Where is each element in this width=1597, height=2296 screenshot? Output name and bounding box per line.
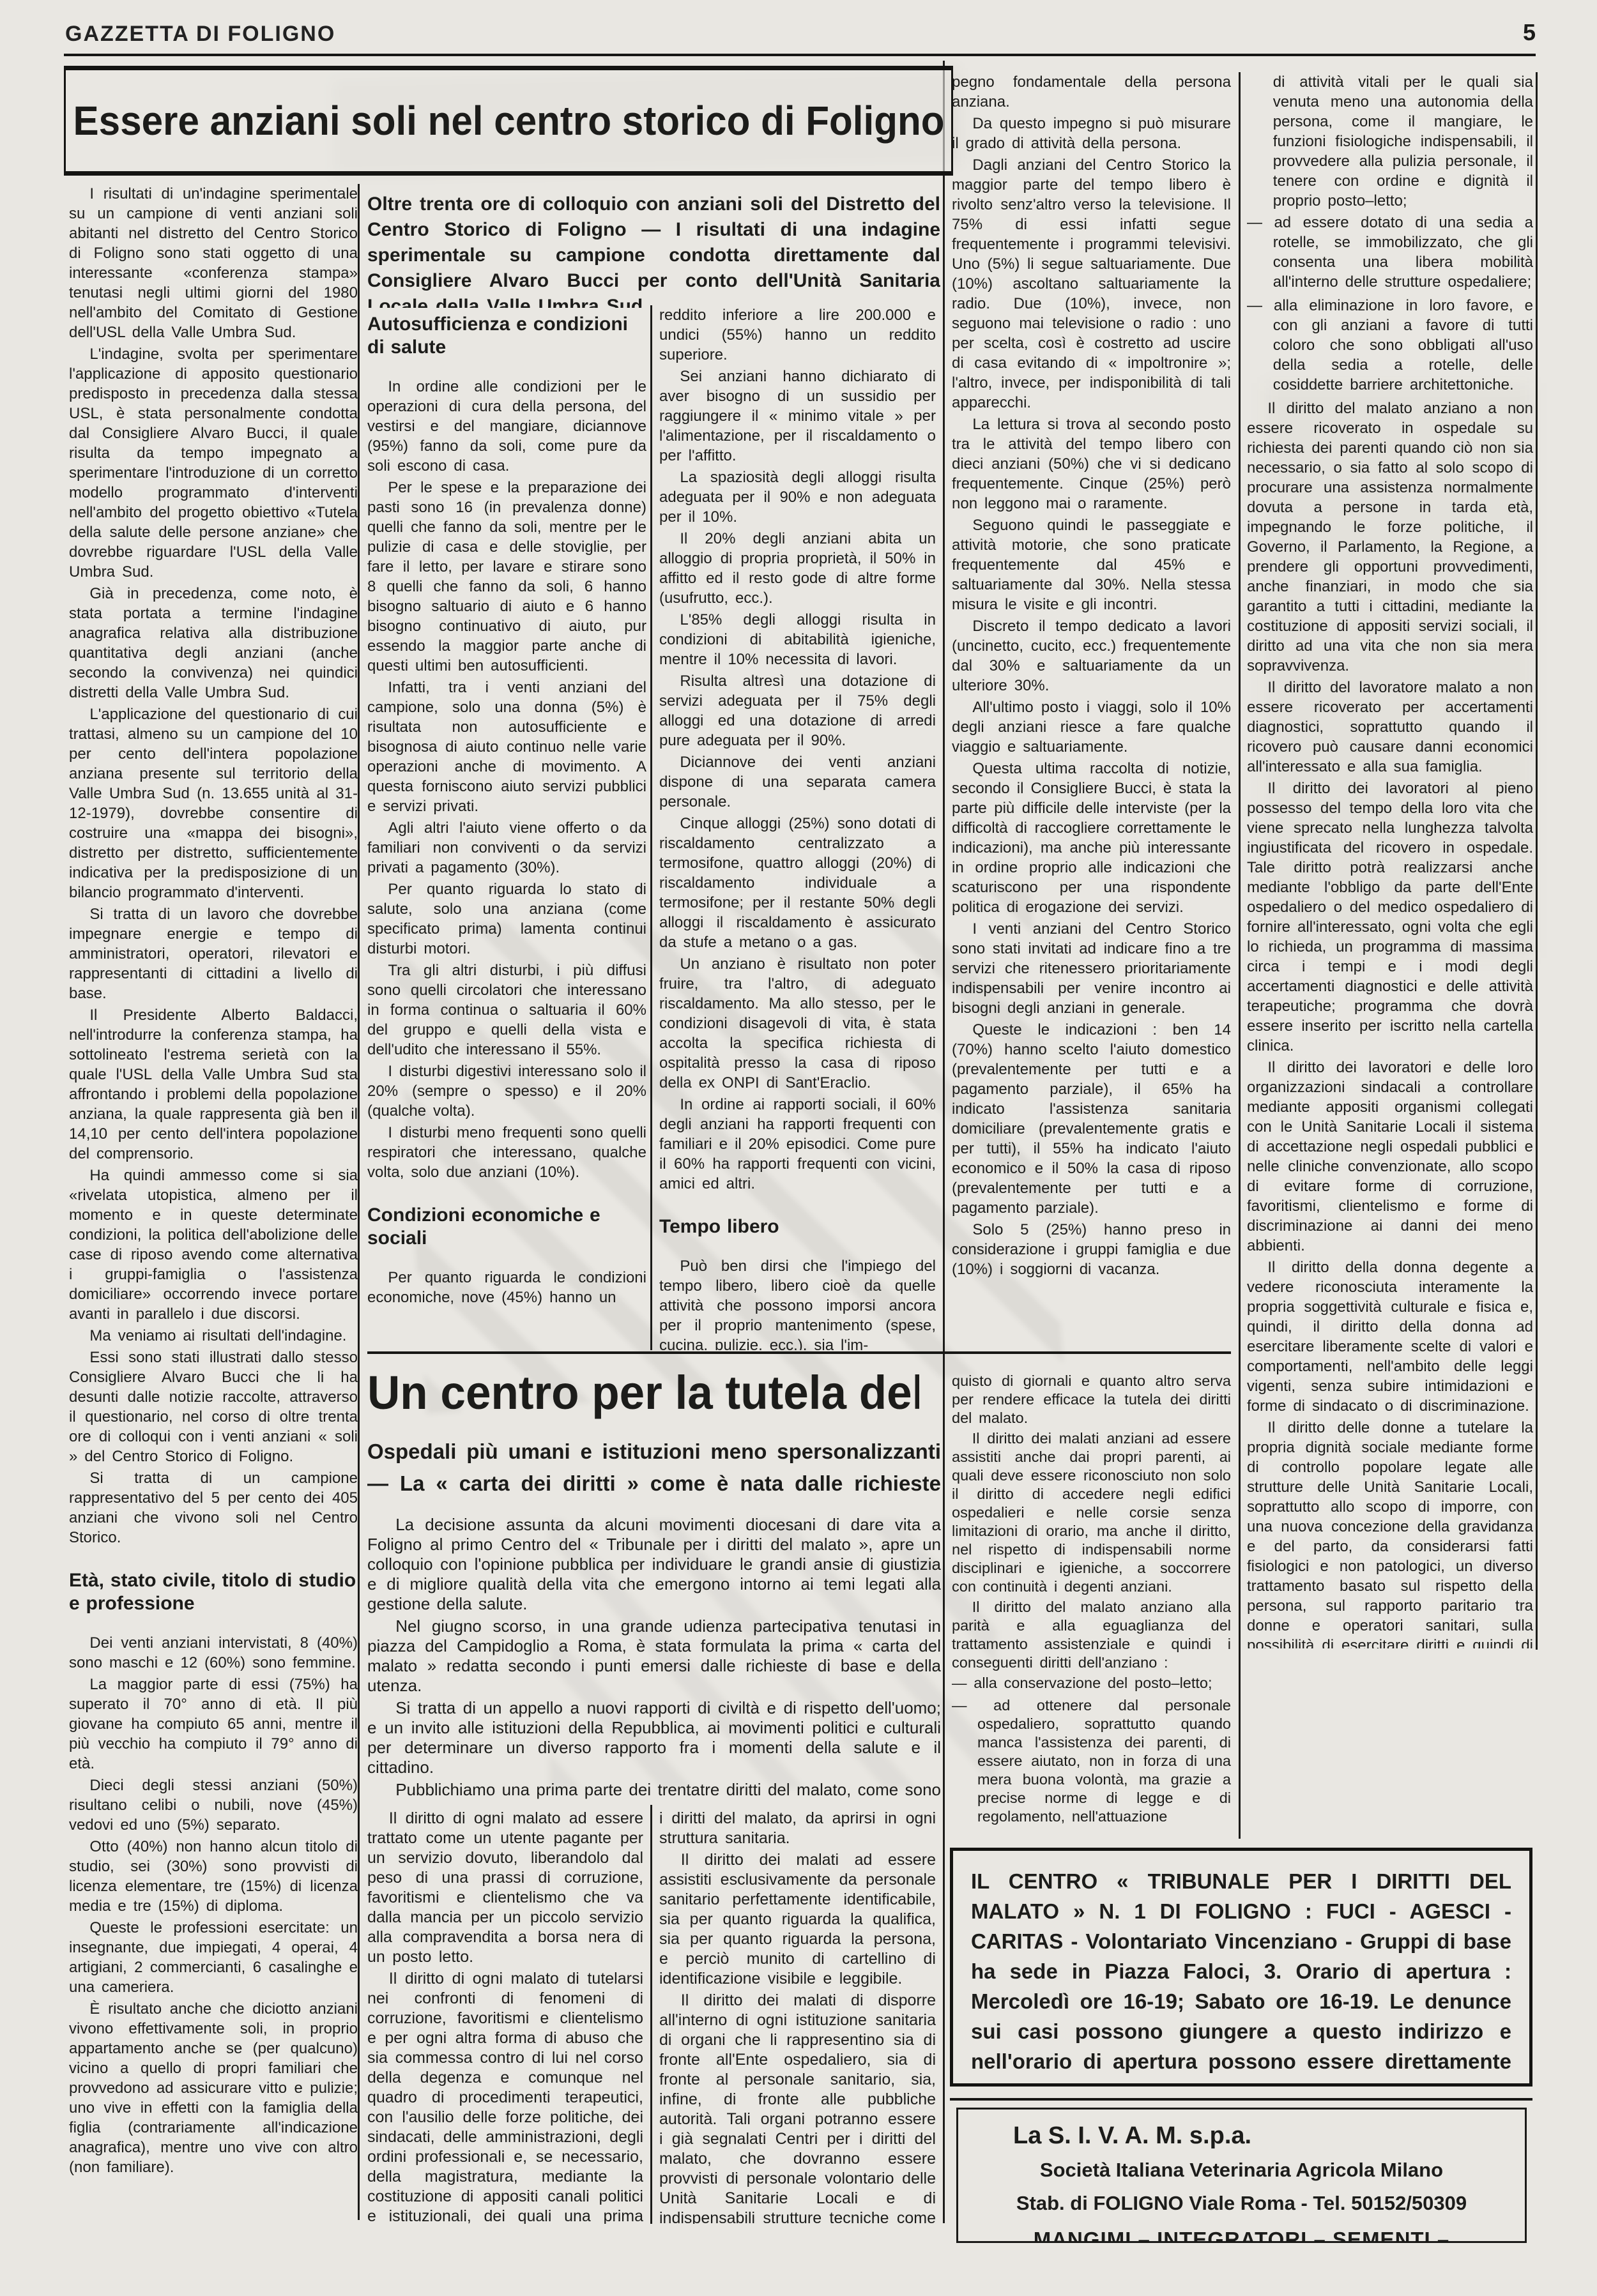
sivam-advertisement: La S. I. V. A. M. s.p.a. Società Italian…	[956, 2108, 1527, 2243]
paragraph: Da questo impegno si può misurare il gra…	[952, 114, 1231, 153]
paragraph: Per quanto riguarda le condizioni econom…	[367, 1268, 646, 1307]
paragraph: Il diritto del lavoratore malato a non e…	[1247, 678, 1533, 777]
paragraph: — alla eliminazione in loro favore, e co…	[1247, 296, 1533, 395]
ad-products-line: MANGIMI – INTEGRATORI – SEMENTI – MEDICI…	[971, 2228, 1512, 2243]
paragraph: Otto (40%) non hanno alcun titolo di stu…	[69, 1837, 358, 1916]
paragraph: Essi sono stati illustrati dallo stesso …	[69, 1348, 358, 1466]
article2-headline: Un centro per la tutela del malato	[367, 1365, 919, 1427]
paragraph: Il diritto dei malati ad essere assistit…	[659, 1850, 936, 1989]
paragraph: Dei venti anziani intervistati, 8 (40%) …	[69, 1633, 358, 1673]
rights-dash-list: — ad essere dotato di una sedia a rotell…	[1247, 213, 1533, 395]
ad-address-pre: Stab. di	[1016, 2192, 1094, 2214]
newspaper-page: GAZZETTA DI FOLIGNO 5 Essere anziani sol…	[0, 0, 1597, 2296]
continuation-fragment: i diritti del malato, da aprirsi in ogni…	[659, 1809, 936, 1848]
paragraph: È risultato anche che diciotto anziani v…	[69, 1999, 358, 2177]
page-edge-rule	[1536, 72, 1538, 1650]
paragraph: Si tratta di un lavoro che dovrebbe impe…	[69, 904, 358, 1003]
paragraph-group: Può ben dirsi che l'impiego del tempo li…	[659, 1256, 936, 1350]
paragraph: — alla conservazione del posto–letto;	[952, 1674, 1231, 1692]
paragraph: Il diritto del malato anziano a non esse…	[1247, 399, 1533, 676]
paragraph-group: Il diritto di ogni malato ad essere trat…	[367, 1809, 643, 2224]
paragraph: Si tratta di un appello a nuovi rapporti…	[367, 1698, 941, 1777]
paragraph: Tra gli altri disturbi, i più diffusi so…	[367, 961, 646, 1060]
paragraph: I disturbi digestivi interessano solo il…	[367, 1061, 646, 1121]
paragraph: Il diritto dei malati anziani ad essere …	[952, 1429, 1231, 1596]
paragraph: Il 20% degli anziani abita un alloggio d…	[659, 529, 936, 608]
article1-lede: Oltre trenta ore di colloquio con anzian…	[367, 192, 940, 308]
article1-column-3: reddito inferiore a lire 200.000 e undic…	[659, 305, 936, 1350]
ad-company-description: Società Italiana Veterinaria Agricola Mi…	[971, 2159, 1512, 2182]
article2-intro: La decisione assunta da alcuni movimenti…	[367, 1515, 941, 1801]
ad-address-city: FOLIGNO	[1093, 2192, 1183, 2214]
paragraph: Il diritto dei lavoratori e delle loro o…	[1247, 1058, 1533, 1256]
page-number: 5	[1523, 19, 1536, 46]
paragraph: Il diritto delle donne a tutelare la pro…	[1247, 1418, 1533, 1648]
paragraph: I risultati di un'indagine sperimentale …	[69, 184, 358, 342]
paragraph: Questa ultima raccolta di notizie, secon…	[952, 759, 1231, 917]
paragraph: Sei anziani hanno dichiarato di aver bis…	[659, 367, 936, 466]
article1-headline: Essere anziani soli nel centro storico d…	[73, 97, 944, 144]
paragraph: Dagli anziani del Centro Storico la magg…	[952, 155, 1231, 413]
paragraph: Seguono quindi le passeggiate e attività…	[952, 515, 1231, 614]
continuation-fragment: di attività vitali per le quali sia venu…	[1247, 72, 1533, 211]
paragraph: Per le spese e la preparazione dei pasti…	[367, 478, 646, 676]
paragraph-group: Il diritto dei malati ad essere assistit…	[659, 1850, 936, 2224]
masthead-rule	[64, 54, 1536, 56]
continuation-fragment: pegno fondamentale della persona anziana…	[952, 72, 1231, 112]
paragraph: La decisione assunta da alcuni movimenti…	[367, 1515, 941, 1614]
paragraph: Discreto il tempo dedicato a lavori (unc…	[952, 616, 1231, 696]
paragraph-group: Da questo impegno si può misurare il gra…	[952, 114, 1231, 1279]
paragraph-group: In ordine alle condizioni per le operazi…	[367, 377, 646, 1182]
subhead-eta-stato-civile: Età, stato civile, titolo di studio e pr…	[69, 1569, 358, 1615]
continuation-fragment: quisto di giornali e quanto altro serva …	[952, 1372, 1231, 1427]
paragraph: Già in precedenza, come noto, è stata po…	[69, 584, 358, 703]
paragraph: L'applicazione del questionario di cui t…	[69, 704, 358, 902]
paragraph: Il diritto dei malati di disporre all'in…	[659, 1991, 936, 2224]
article1-column-4: pegno fondamentale della persona anziana…	[952, 72, 1231, 1318]
paragraph: All'ultimo posto i viaggi, solo il 10% d…	[952, 697, 1231, 757]
subhead-autosufficienza: Autosufficienza e condizioni di salute	[367, 313, 646, 359]
column-rule	[358, 184, 360, 2220]
notice-text: IL CENTRO « TRIBUNALE PER I DIRITTI DEL …	[971, 1869, 1511, 2087]
article2-column-a: Il diritto di ogni malato ad essere trat…	[367, 1809, 643, 2224]
tribunale-notice-box: IL CENTRO « TRIBUNALE PER I DIRITTI DEL …	[950, 1848, 1532, 2087]
paragraph: — ad essere dotato di una sedia a rotell…	[1247, 213, 1533, 292]
paragraph: Il diritto di ogni malato ad essere trat…	[367, 1809, 643, 1967]
paragraph: Infatti, tra i venti anziani del campion…	[367, 678, 646, 816]
paragraph: In ordine ai rapporti sociali, il 60% de…	[659, 1095, 936, 1194]
ad-company-name: La S. I. V. A. M. s.p.a.	[1013, 2122, 1512, 2150]
paragraph: In ordine alle condizioni per le operazi…	[367, 377, 646, 476]
paragraph-group: Per quanto riguarda le condizioni econom…	[367, 1268, 646, 1307]
article2-column-b: i diritti del malato, da aprirsi in ogni…	[659, 1809, 936, 2224]
column-rule	[1239, 72, 1241, 1839]
column-rule	[650, 305, 652, 1350]
paragraph-group: Sei anziani hanno dichiarato di aver bis…	[659, 367, 936, 1194]
article2-column-4: quisto di giornali e quanto altro serva …	[952, 1372, 1231, 1839]
paragraph: L'85% degli alloggi risulta in condizion…	[659, 610, 936, 669]
paragraph: Queste le indicazioni : ben 14 (70%) han…	[952, 1020, 1231, 1218]
article1-column-2: Autosufficienza e condizioni di salute I…	[367, 310, 646, 1350]
paragraph: Può ben dirsi che l'impiego del tempo li…	[659, 1256, 936, 1350]
paragraph-group: Dei venti anziani intervistati, 8 (40%) …	[69, 1633, 358, 2177]
list-continuation: di attività vitali per le quali sia venu…	[1247, 72, 1533, 211]
paragraph: La spaziosità degli alloggi risulta adeg…	[659, 468, 936, 527]
paragraph: Il diritto del malato anziano alla parit…	[952, 1598, 1231, 1672]
article1-column-1: I risultati di un'indagine sperimentale …	[69, 184, 358, 2279]
article1-headline-box: Essere anziani soli nel centro storico d…	[64, 66, 953, 176]
column-rule	[943, 61, 945, 2223]
continuation-fragment: reddito inferiore a lire 200.000 e undic…	[659, 305, 936, 365]
subhead-tempo-libero: Tempo libero	[659, 1215, 936, 1238]
paragraph: Si tratta di un campione rappresentativo…	[69, 1468, 358, 1547]
article2-deck: Ospedali più umani e istituzioni meno sp…	[367, 1436, 941, 1507]
article2-column-5: di attività vitali per le quali sia venu…	[1247, 72, 1533, 1648]
column-rule	[650, 1805, 652, 2224]
paragraph: Il diritto della donna degente a vedere …	[1247, 1258, 1533, 1416]
paragraph: L'indagine, svolta per sperimentare l'ap…	[69, 344, 358, 582]
ad-top-rule	[950, 2098, 1532, 2101]
paragraph: Un anziano è risultato non poter fruire,…	[659, 954, 936, 1093]
paragraph: Diciannove dei venti anziani dispone di …	[659, 752, 936, 812]
paragraph: Dieci degli stessi anziani (50%) risulta…	[69, 1775, 358, 1835]
paragraph: I disturbi meno frequenti sono quelli re…	[367, 1123, 646, 1182]
paragraph: I venti anziani del Centro Storico sono …	[952, 919, 1231, 1018]
paragraph-group: Il diritto dei malati anziani ad essere …	[952, 1429, 1231, 1672]
paragraph: Nel giugno scorso, in una grande udienza…	[367, 1616, 941, 1696]
paragraph: Il diritto dei lavoratori al pieno posse…	[1247, 779, 1533, 1056]
paragraph: Pubblichiamo una prima parte dei trentat…	[367, 1780, 941, 1801]
paragraph: La lettura si trova al secondo posto tra…	[952, 414, 1231, 513]
paragraph: Per quanto riguarda lo stato di salute, …	[367, 879, 646, 959]
paragraph: Agli altri l'aiuto viene offerto o da fa…	[367, 818, 646, 878]
rights-dash-list: — alla conservazione del posto–letto;— a…	[952, 1674, 1231, 1826]
paragraph: Queste le professioni esercitate: un ins…	[69, 1918, 358, 1997]
paragraph: Il diritto di ogni malato di tutelarsi n…	[367, 1969, 643, 2224]
subhead-condizioni-economiche: Condizioni economiche e sociali	[367, 1204, 646, 1250]
paragraph: Solo 5 (25%) hanno preso in considerazio…	[952, 1220, 1231, 1279]
paragraph: Il Presidente Alberto Baldacci, nell'int…	[69, 1005, 358, 1164]
ad-address-post: Viale Roma - Tel. 50152/50309	[1184, 2192, 1467, 2214]
paragraph: Risulta altresì una dotazione di servizi…	[659, 671, 936, 750]
paragraph: Ha quindi ammesso come si sia «rivelata …	[69, 1166, 358, 1324]
paragraph-group: I risultati di un'indagine sperimentale …	[69, 184, 358, 1547]
paragraph: Ma veniamo ai risultati dell'indagine.	[69, 1326, 358, 1346]
paragraph-group: Il diritto del malato anziano a non esse…	[1247, 399, 1533, 1648]
article2-divider	[367, 1351, 1231, 1354]
masthead-title: GAZZETTA DI FOLIGNO	[65, 22, 335, 47]
paragraph: — ad ottenere dal personale ospedaliero,…	[952, 1696, 1231, 1826]
paragraph: Cinque alloggi (25%) sono dotati di risc…	[659, 814, 936, 952]
ad-address-line: Stab. di FOLIGNO Viale Roma - Tel. 50152…	[971, 2192, 1512, 2215]
paragraph: La maggior parte di essi (75%) ha supera…	[69, 1675, 358, 1774]
